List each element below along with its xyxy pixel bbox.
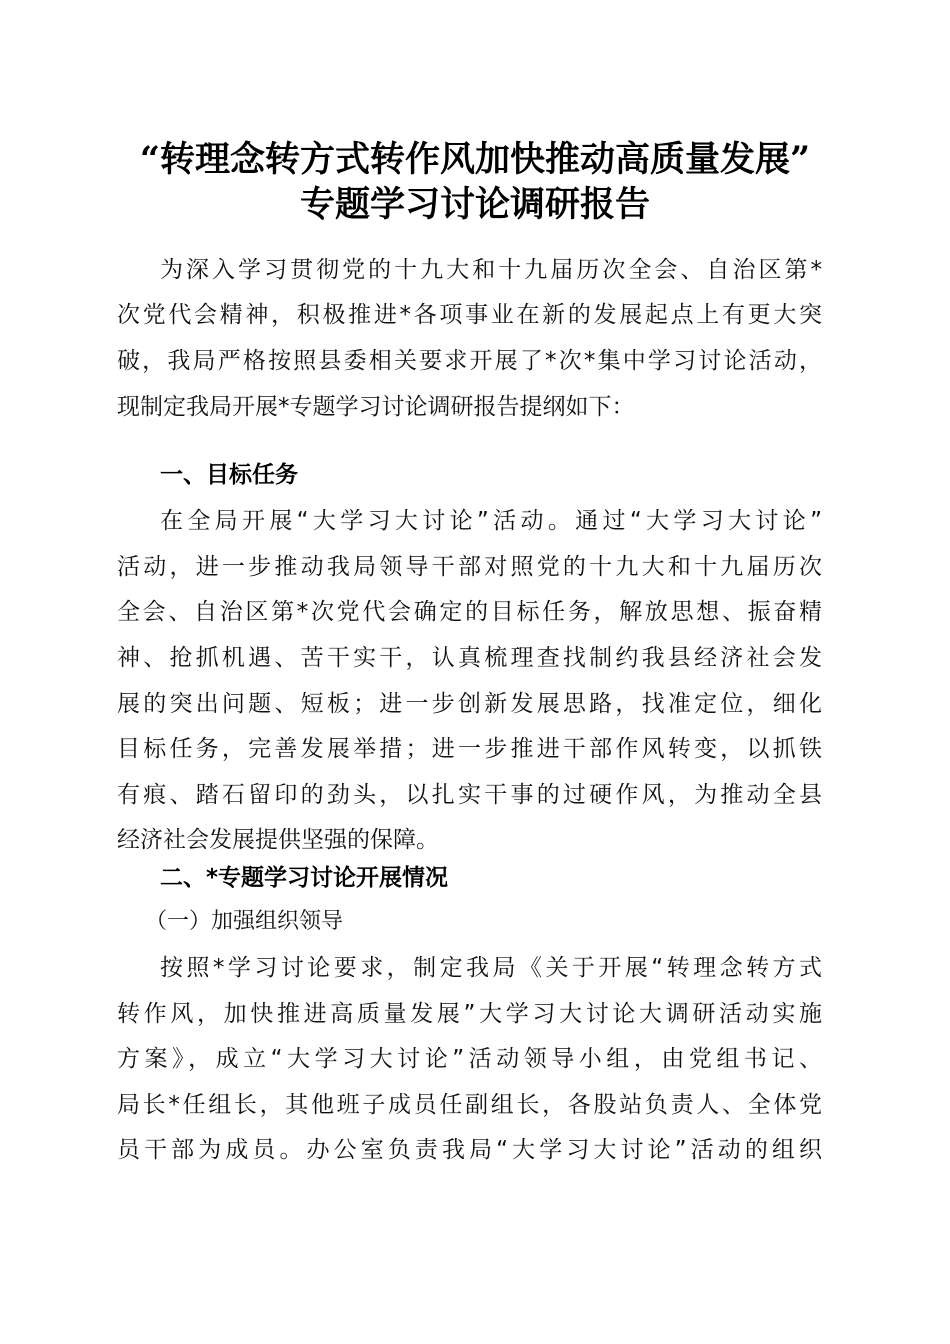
subsection-1-paragraph-line: 按照*学习讨论要求，制定我局《关于开展“转理念转方式 — [160, 946, 822, 990]
intro-paragraph-line: 为深入学习贯彻党的十九大和十九届历次全会、自治区第* — [160, 248, 822, 292]
intro-paragraph-line: 次党代会精神，积极推进*各项事业在新的发展起点上有更大突 — [117, 293, 822, 337]
section-1-paragraph-line: 展的突出问题、短板；进一步创新发展思路，找准定位，细化 — [117, 682, 822, 726]
intro-paragraph-line: 破，我局严格按照县委相关要求开展了*次*集中学习讨论活动， — [117, 339, 822, 383]
subsection-1-paragraph-line: 局长*任组长，其他班子成员任副组长，各股站负责人、全体党 — [117, 1083, 822, 1127]
document-page: “转理念转方式转作风加快推动高质量发展” 专题学习讨论调研报告 为深入学习贯彻党… — [0, 0, 950, 1344]
document-title-line-2: 专题学习讨论调研报告 — [0, 183, 950, 227]
subsection-1-paragraph-line: 方案》，成立“大学习大讨论”活动领导小组，由党组书记、 — [117, 1037, 822, 1081]
subsection-1-paragraph-line: 员干部为成员。办公室负责我局“大学习大讨论”活动的组织 — [117, 1128, 822, 1172]
subsection-1-paragraph-line: 转作风，加快推进高质量发展”大学习大讨论大调研活动实施 — [117, 992, 822, 1036]
section-1-paragraph-line: 在全局开展“大学习大讨论”活动。通过“大学习大讨论” — [160, 499, 822, 543]
intro-paragraph-line: 现制定我局开展*专题学习讨论调研报告提纲如下： — [117, 385, 822, 429]
section-1-paragraph-line: 有痕、踏石留印的劲头，以扎实干事的过硬作风，为推动全县 — [117, 773, 822, 817]
subsection-1-heading: （一）加强组织领导 — [145, 900, 343, 944]
document-title-line-1: “转理念转方式转作风加快推动高质量发展” — [0, 138, 950, 182]
section-1-paragraph-line: 活动，进一步推动我局领导干部对照党的十九大和十九届历次 — [117, 545, 822, 589]
section-1-paragraph-line: 神、抢抓机遇、苦干实干，认真梳理查找制约我县经济社会发 — [117, 636, 822, 680]
section-1-heading: 一、目标任务 — [160, 453, 298, 497]
section-1-paragraph-line: 目标任务，完善发展举措；进一步推进干部作风转变，以抓铁 — [117, 727, 822, 771]
section-1-paragraph-line: 全会、自治区第*次党代会确定的目标任务，解放思想、振奋精 — [117, 590, 822, 634]
section-2-heading: 二、*专题学习讨论开展情况 — [160, 856, 448, 900]
